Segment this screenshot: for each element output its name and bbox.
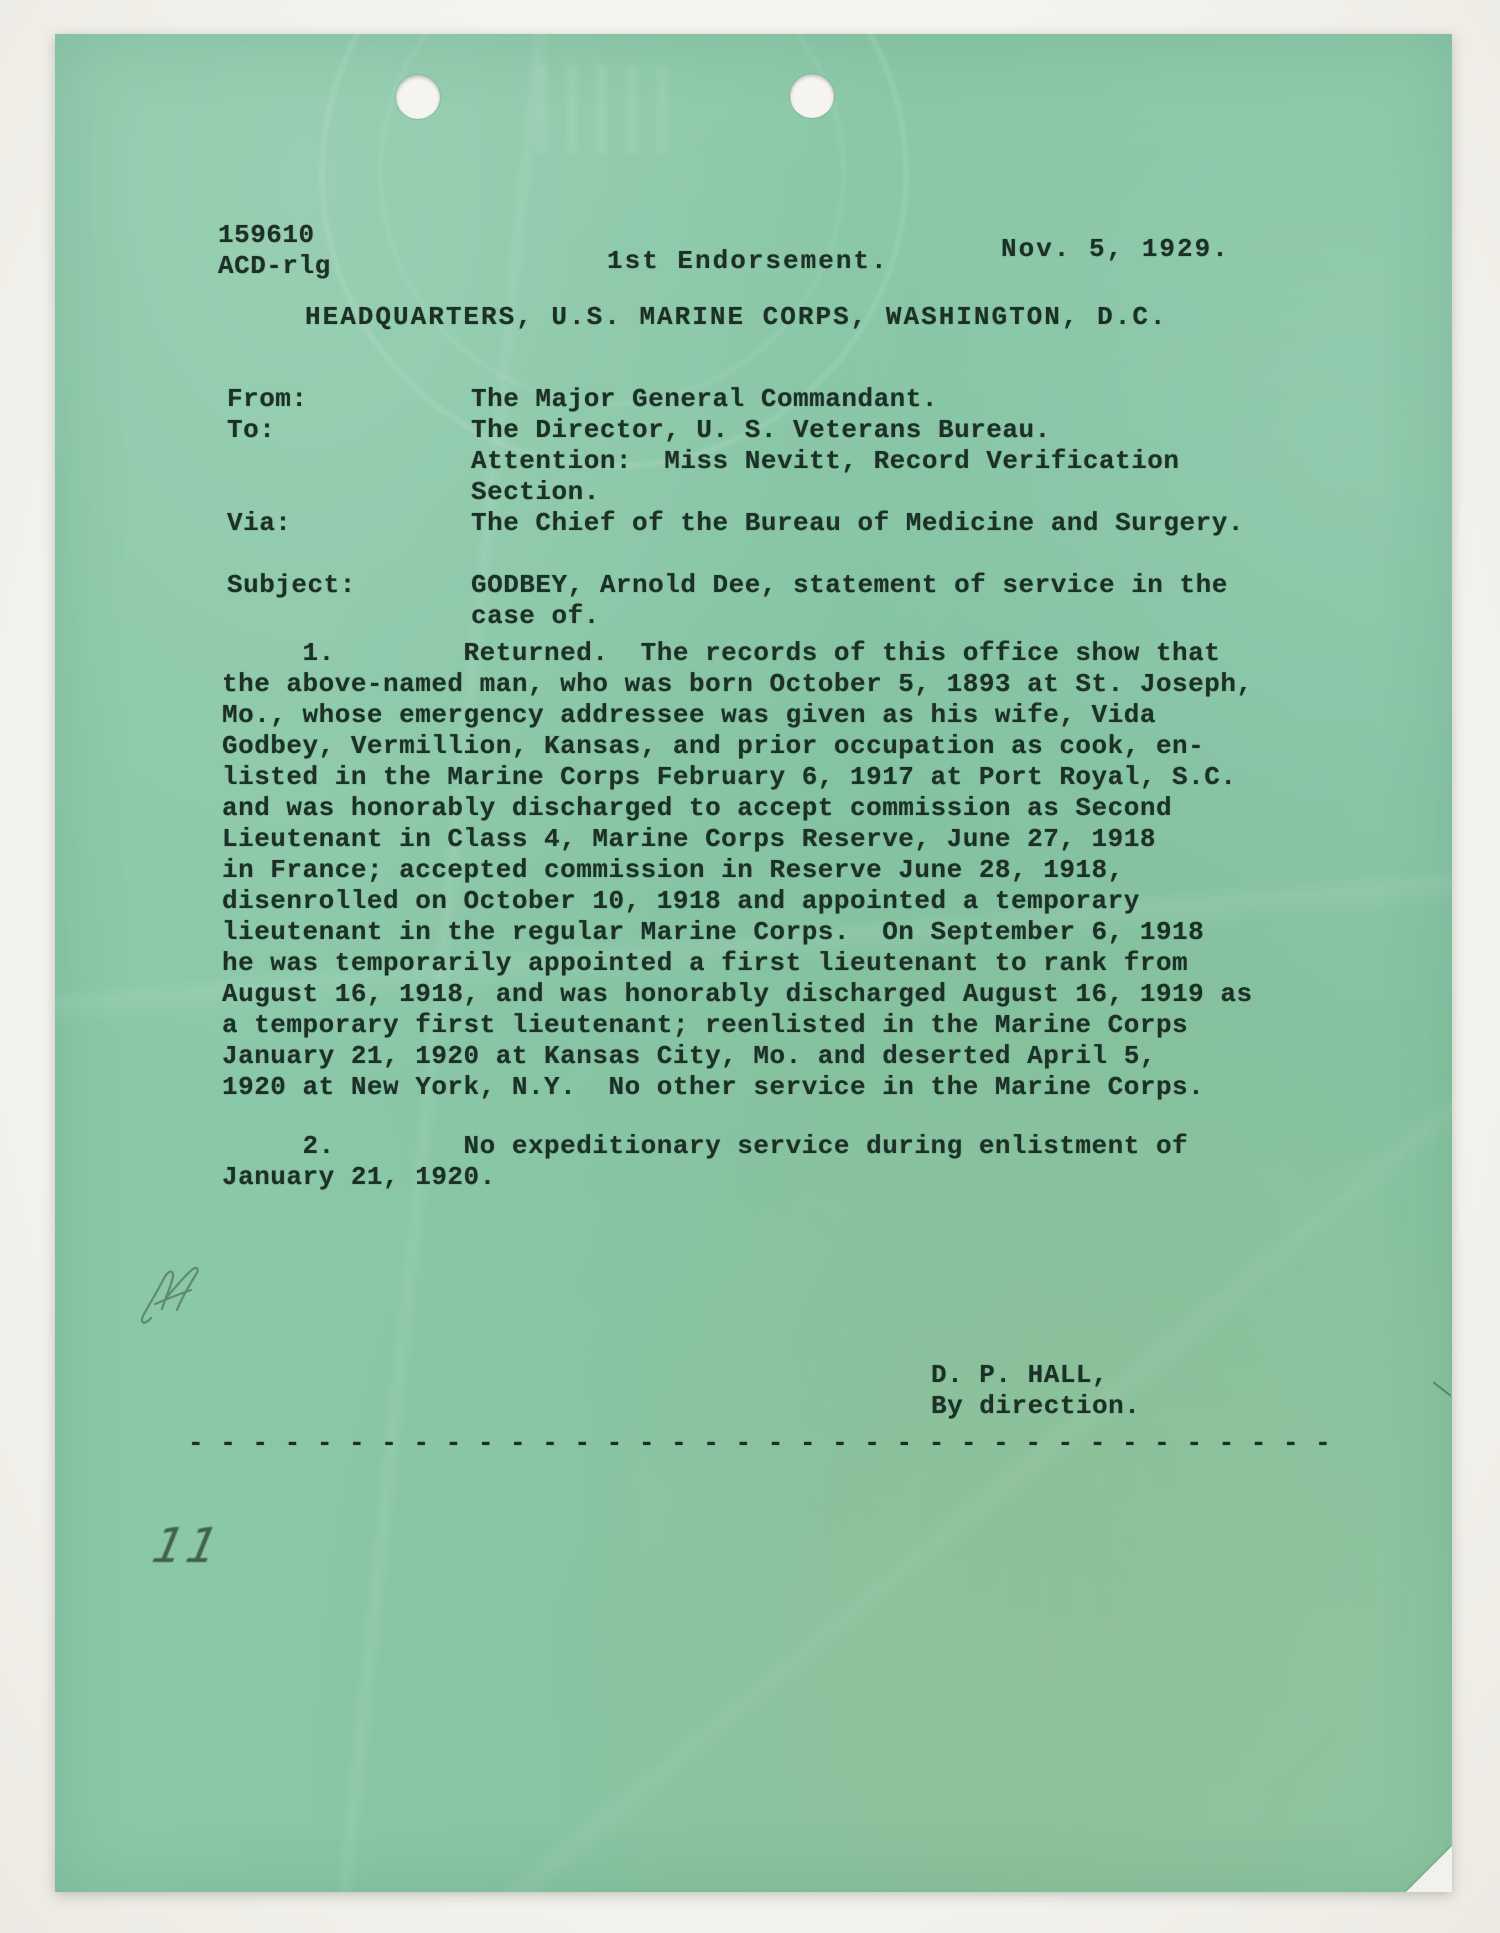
pencil-scribble-initials bbox=[135, 1264, 219, 1336]
via-label: Via: bbox=[227, 508, 291, 539]
paragraph-1: 1. Returned. The records of this office … bbox=[222, 638, 1253, 1103]
headquarters-line: HEADQUARTERS, U.S. MARINE CORPS, WASHING… bbox=[305, 302, 1168, 333]
endorsement-title: 1st Endorsement. bbox=[607, 246, 889, 277]
crease-mark bbox=[1433, 1381, 1452, 1396]
subject-label: Subject: bbox=[227, 570, 356, 601]
embossed-seal-inner-ring bbox=[379, 0, 845, 405]
to-label: To: bbox=[227, 415, 275, 446]
signature-name: D. P. HALL, bbox=[931, 1360, 1108, 1391]
dashed-separator: - - - - - - - - - - - - - - - - - - - - … bbox=[188, 1428, 1331, 1459]
from-label: From: bbox=[227, 384, 308, 415]
folded-corner bbox=[1406, 1846, 1452, 1892]
from-value: The Major General Commandant. bbox=[471, 384, 938, 415]
scanned-document-page: 159610 ACD-rlg 1st Endorsement. Nov. 5, … bbox=[55, 34, 1452, 1892]
reference-code: ACD-rlg bbox=[218, 251, 331, 282]
signature-by-direction: By direction. bbox=[931, 1391, 1140, 1422]
paragraph-2: 2. No expeditionary service during enlis… bbox=[222, 1131, 1188, 1193]
punch-hole-left bbox=[396, 75, 440, 119]
letter-date: Nov. 5, 1929. bbox=[1001, 234, 1230, 265]
reference-number: 159610 bbox=[218, 220, 315, 251]
via-value: The Chief of the Bureau of Medicine and … bbox=[471, 508, 1244, 539]
pencil-page-number: 11 bbox=[142, 1518, 232, 1574]
subject-value: GODBEY, Arnold Dee, statement of service… bbox=[471, 570, 1228, 632]
embossed-seal-columns bbox=[536, 64, 686, 154]
punch-hole-right bbox=[790, 74, 834, 118]
to-value: The Director, U. S. Veterans Bureau. Att… bbox=[471, 415, 1180, 508]
